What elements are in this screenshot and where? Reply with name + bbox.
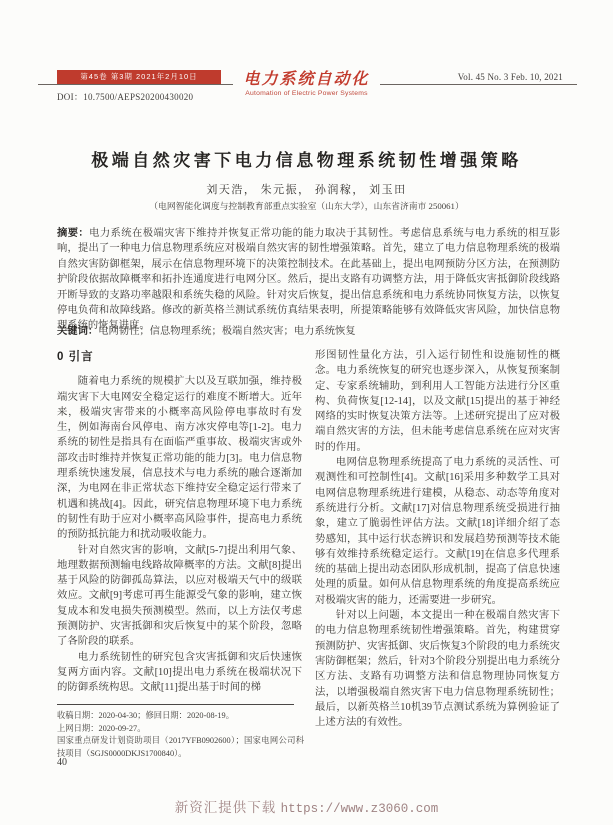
paper-title: 极端自然灾害下电力信息物理系统韧性增强策略 (0, 146, 613, 171)
keywords-label: 关键词： (57, 326, 98, 337)
paragraph: 随着电力系统的规模扩大以及互联加强，维持极端灾害下大电网安全稳定运行的难度不断增… (57, 374, 302, 542)
keywords-text: 电网韧性；信息物理系统；极端自然灾害；电力系统恢复 (98, 326, 355, 337)
journal-page: 第45卷 第3期 2021年2月10日 DOI：10.7500/AEPS2020… (0, 0, 613, 825)
footnote-block: 收稿日期：2020-04-30；修回日期：2020-08-19。 上网日期：20… (57, 704, 304, 760)
journal-name-en: Automation of Electric Power Systems (0, 90, 613, 97)
paragraph: 电网信息物理系统提高了电力系统的灵活性、可观测性和可控制性[4]。文献[16]采… (315, 455, 560, 608)
paragraph: 针对以上问题，本文提出一种在极端自然灾害下的电力信息物理系统韧性增强策略。首先，… (315, 608, 560, 730)
footnote-line-funding: 国家重点研发计划资助项目（2017YFB0902600）；国家电网公司科技项目（… (57, 735, 304, 760)
paragraph: 形图韧性量化方法，引入运行韧性和设施韧性的概念。电力系统恢复的研究也逐步深入，从… (315, 348, 560, 455)
section-heading-introduction: 0 引言 (57, 350, 302, 365)
footnote-line-received: 收稿日期：2020-04-30；修回日期：2020-08-19。 (57, 710, 304, 723)
body-columns: 0 引言 随着电力系统的规模扩大以及互联加强，维持极端灾害下大电网安全稳定运行的… (57, 348, 560, 730)
left-column: 0 引言 随着电力系统的规模扩大以及互联加强，维持极端灾害下大电网安全稳定运行的… (57, 348, 302, 700)
watermark-url: https://www.z3060.com (281, 802, 439, 816)
paragraph: 电力系统韧性的研究包含灾害抵御和灾后快速恢复两方面内容。文献[10]提出电力系统… (57, 650, 302, 696)
journal-logo: 电力系统自动化 Automation of Electric Power Sys… (0, 66, 613, 97)
footnote-divider (57, 704, 294, 705)
keywords-line: 关键词：电网韧性；信息物理系统；极端自然灾害；电力系统恢复 (57, 322, 560, 337)
watermark: 新资汇提供下载 https://www.z3060.com (0, 796, 613, 816)
page-number: 40 (57, 757, 67, 768)
abstract-label: 摘要： (57, 228, 89, 239)
watermark-text: 新资汇提供下载 (175, 800, 277, 815)
affiliation-line: （电网智能化调度与控制教育部重点实验室（山东大学），山东省济南市 250061） (0, 199, 613, 212)
abstract-block: 摘要：电力系统在极端灾害下维持并恢复正常功能的能力取决于其韧性。考虑信息系统与电… (57, 226, 560, 334)
footnote-line-online: 上网日期：2020-09-27。 (57, 723, 304, 736)
abstract-text: 电力系统在极端灾害下维持并恢复正常功能的能力取决于其韧性。考虑信息系统与电力系统… (57, 228, 560, 331)
paragraph: 针对自然灾害的影响，文献[5-7]提出利用气象、地理数据预测输电线路故障概率的方… (57, 543, 302, 650)
journal-name-cn: 电力系统自动化 (233, 66, 379, 89)
right-column: 形图韧性量化方法，引入运行韧性和设施韧性的概念。电力系统恢复的研究也逐步深入，从… (315, 348, 560, 730)
authors-line: 刘天浩， 朱元振， 孙润稼， 刘玉田 (0, 181, 613, 197)
